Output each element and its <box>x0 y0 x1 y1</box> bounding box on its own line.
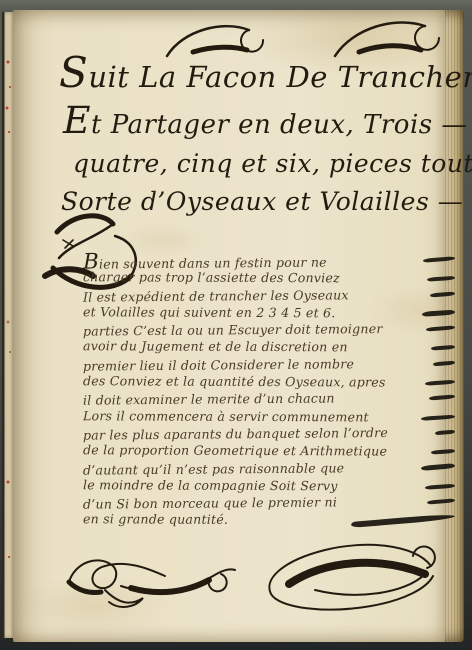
line-filler-dash <box>430 291 455 297</box>
line-filler-dash <box>427 276 455 282</box>
manuscript-line: de la proportion Geometrique et Arithmet… <box>83 441 455 460</box>
manuscript-line: d’autant qu’il n’est pas raisonnable que <box>83 458 455 479</box>
manuscript-line: en si grande quantité. <box>83 511 455 530</box>
line-filler-dash <box>351 513 455 528</box>
bottom-flourish-right <box>255 532 455 624</box>
line-filler-dash <box>431 345 455 351</box>
title-line: Et Partager en deux, Trois — <box>51 100 447 145</box>
line-filler-dash <box>422 310 455 317</box>
title-line: quatre, cinq et six, pieces toute- <box>51 145 447 183</box>
line-filler-dash <box>421 463 455 471</box>
bottom-flourish-left <box>61 538 241 610</box>
title-block: Suit La Facon De Trancher Et Partager en… <box>51 50 447 221</box>
line-filler-dash <box>426 325 455 331</box>
title-line: Suit La Facon De Trancher <box>51 50 447 100</box>
line-filler-dash <box>427 498 455 504</box>
line-filler-dash <box>435 429 455 435</box>
manuscript-page: Suit La Facon De Trancher Et Partager en… <box>2 10 464 642</box>
manuscript-line: Il est expédient de trancher les Oyseaux <box>83 285 455 306</box>
manuscript-line: avoir du Jugement et de la discretion en <box>83 338 455 357</box>
line-filler-dash <box>421 414 455 420</box>
line-filler-dash <box>425 379 455 385</box>
line-filler-dash <box>425 483 455 489</box>
line-filler-dash <box>433 360 455 366</box>
manuscript-photo: { "document": { "language": "French", "t… <box>0 0 472 650</box>
body-text-block: Bien souvent dans un festin pour ne char… <box>83 252 455 529</box>
manuscript-line: charger pas trop l’assiette des Conviez <box>83 268 455 287</box>
line-filler-dash <box>431 449 455 455</box>
manuscript-line: il doit examiner le merite d’un chacun <box>83 389 455 410</box>
paper-surface: Suit La Facon De Trancher Et Partager en… <box>13 10 445 642</box>
line-filler-dash <box>429 394 455 400</box>
line-filler-dash <box>423 256 455 262</box>
